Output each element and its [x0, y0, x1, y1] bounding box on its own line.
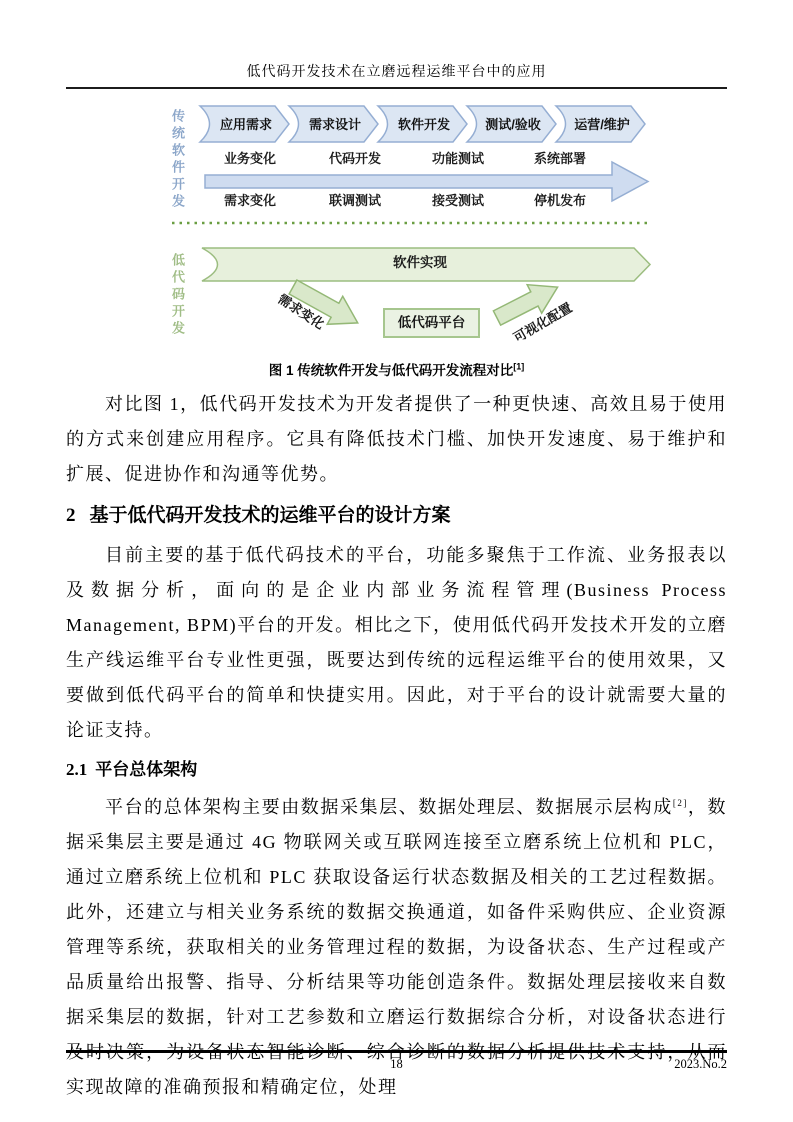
section-2-number: 2: [66, 505, 76, 526]
header-rule: [66, 87, 727, 89]
paragraph-intro: 对比图 1，低代码开发技术为开发者提供了一种更快速、高效且易于使用的方式来创建应…: [66, 387, 727, 492]
figure-caption-text: 图 1 传统软件开发与低代码开发流程对比: [269, 363, 514, 378]
stage-label-4: 测试/验收: [477, 114, 549, 133]
running-head-title: 低代码开发技术在立磨远程运维平台中的应用: [0, 0, 793, 81]
figure-1-caption: 图 1 传统软件开发与低代码开发流程对比[1]: [0, 359, 793, 379]
paragraph-section-2: 目前主要的基于低代码技术的平台，功能多聚焦于工作流、业务报表以及数据分析，面向的…: [66, 538, 727, 748]
section-2-heading: 2基于低代码开发技术的运维平台的设计方案: [66, 502, 727, 530]
figure-caption-reference: [1]: [513, 362, 524, 372]
lowcode-side-label: 低代码开发: [168, 253, 187, 338]
section-2-title: 基于低代码开发技术的运维平台的设计方案: [90, 505, 451, 526]
below-arrow-label-2: 联调测试: [305, 192, 405, 210]
lowcode-platform-box: 低代码平台: [383, 308, 480, 338]
above-arrow-label-3: 功能测试: [408, 150, 508, 168]
traditional-side-label: 传统软件开发: [168, 109, 187, 211]
stage-label-1: 应用需求: [210, 114, 282, 133]
below-arrow-label-1: 需求变化: [200, 192, 300, 210]
section-2-1-title: 平台总体架构: [95, 760, 197, 779]
below-arrow-label-3: 接受测试: [408, 192, 508, 210]
journal-issue: 2023.No.2: [674, 1057, 727, 1072]
stage-label-5: 运营/维护: [566, 114, 638, 133]
section-2-1-number: 2.1: [66, 760, 87, 779]
stage-label-3: 软件开发: [388, 114, 460, 133]
figure-1: 传统软件开发 低代码开发 应用需求 需求设计 软件开发 测试/验收 运营/维护 …: [165, 101, 667, 353]
below-arrow-label-4: 停机发布: [510, 192, 610, 210]
above-arrow-label-2: 代码开发: [305, 150, 405, 168]
stage-label-2: 需求设计: [299, 114, 371, 133]
paragraph-2-1-reference: [2]: [673, 798, 688, 808]
section-2-1-heading: 2.1平台总体架构: [66, 757, 727, 782]
footer-rule: [66, 1050, 727, 1053]
above-arrow-label-4: 系统部署: [510, 150, 610, 168]
paragraph-2-1-part-a: 平台的总体架构主要由数据采集层、数据处理层、数据展示层构成: [105, 797, 673, 817]
document-page: 低代码开发技术在立磨远程运维平台中的应用: [0, 0, 793, 1122]
software-realization-label: 软件实现: [360, 254, 480, 272]
above-arrow-label-1: 业务变化: [200, 150, 300, 168]
